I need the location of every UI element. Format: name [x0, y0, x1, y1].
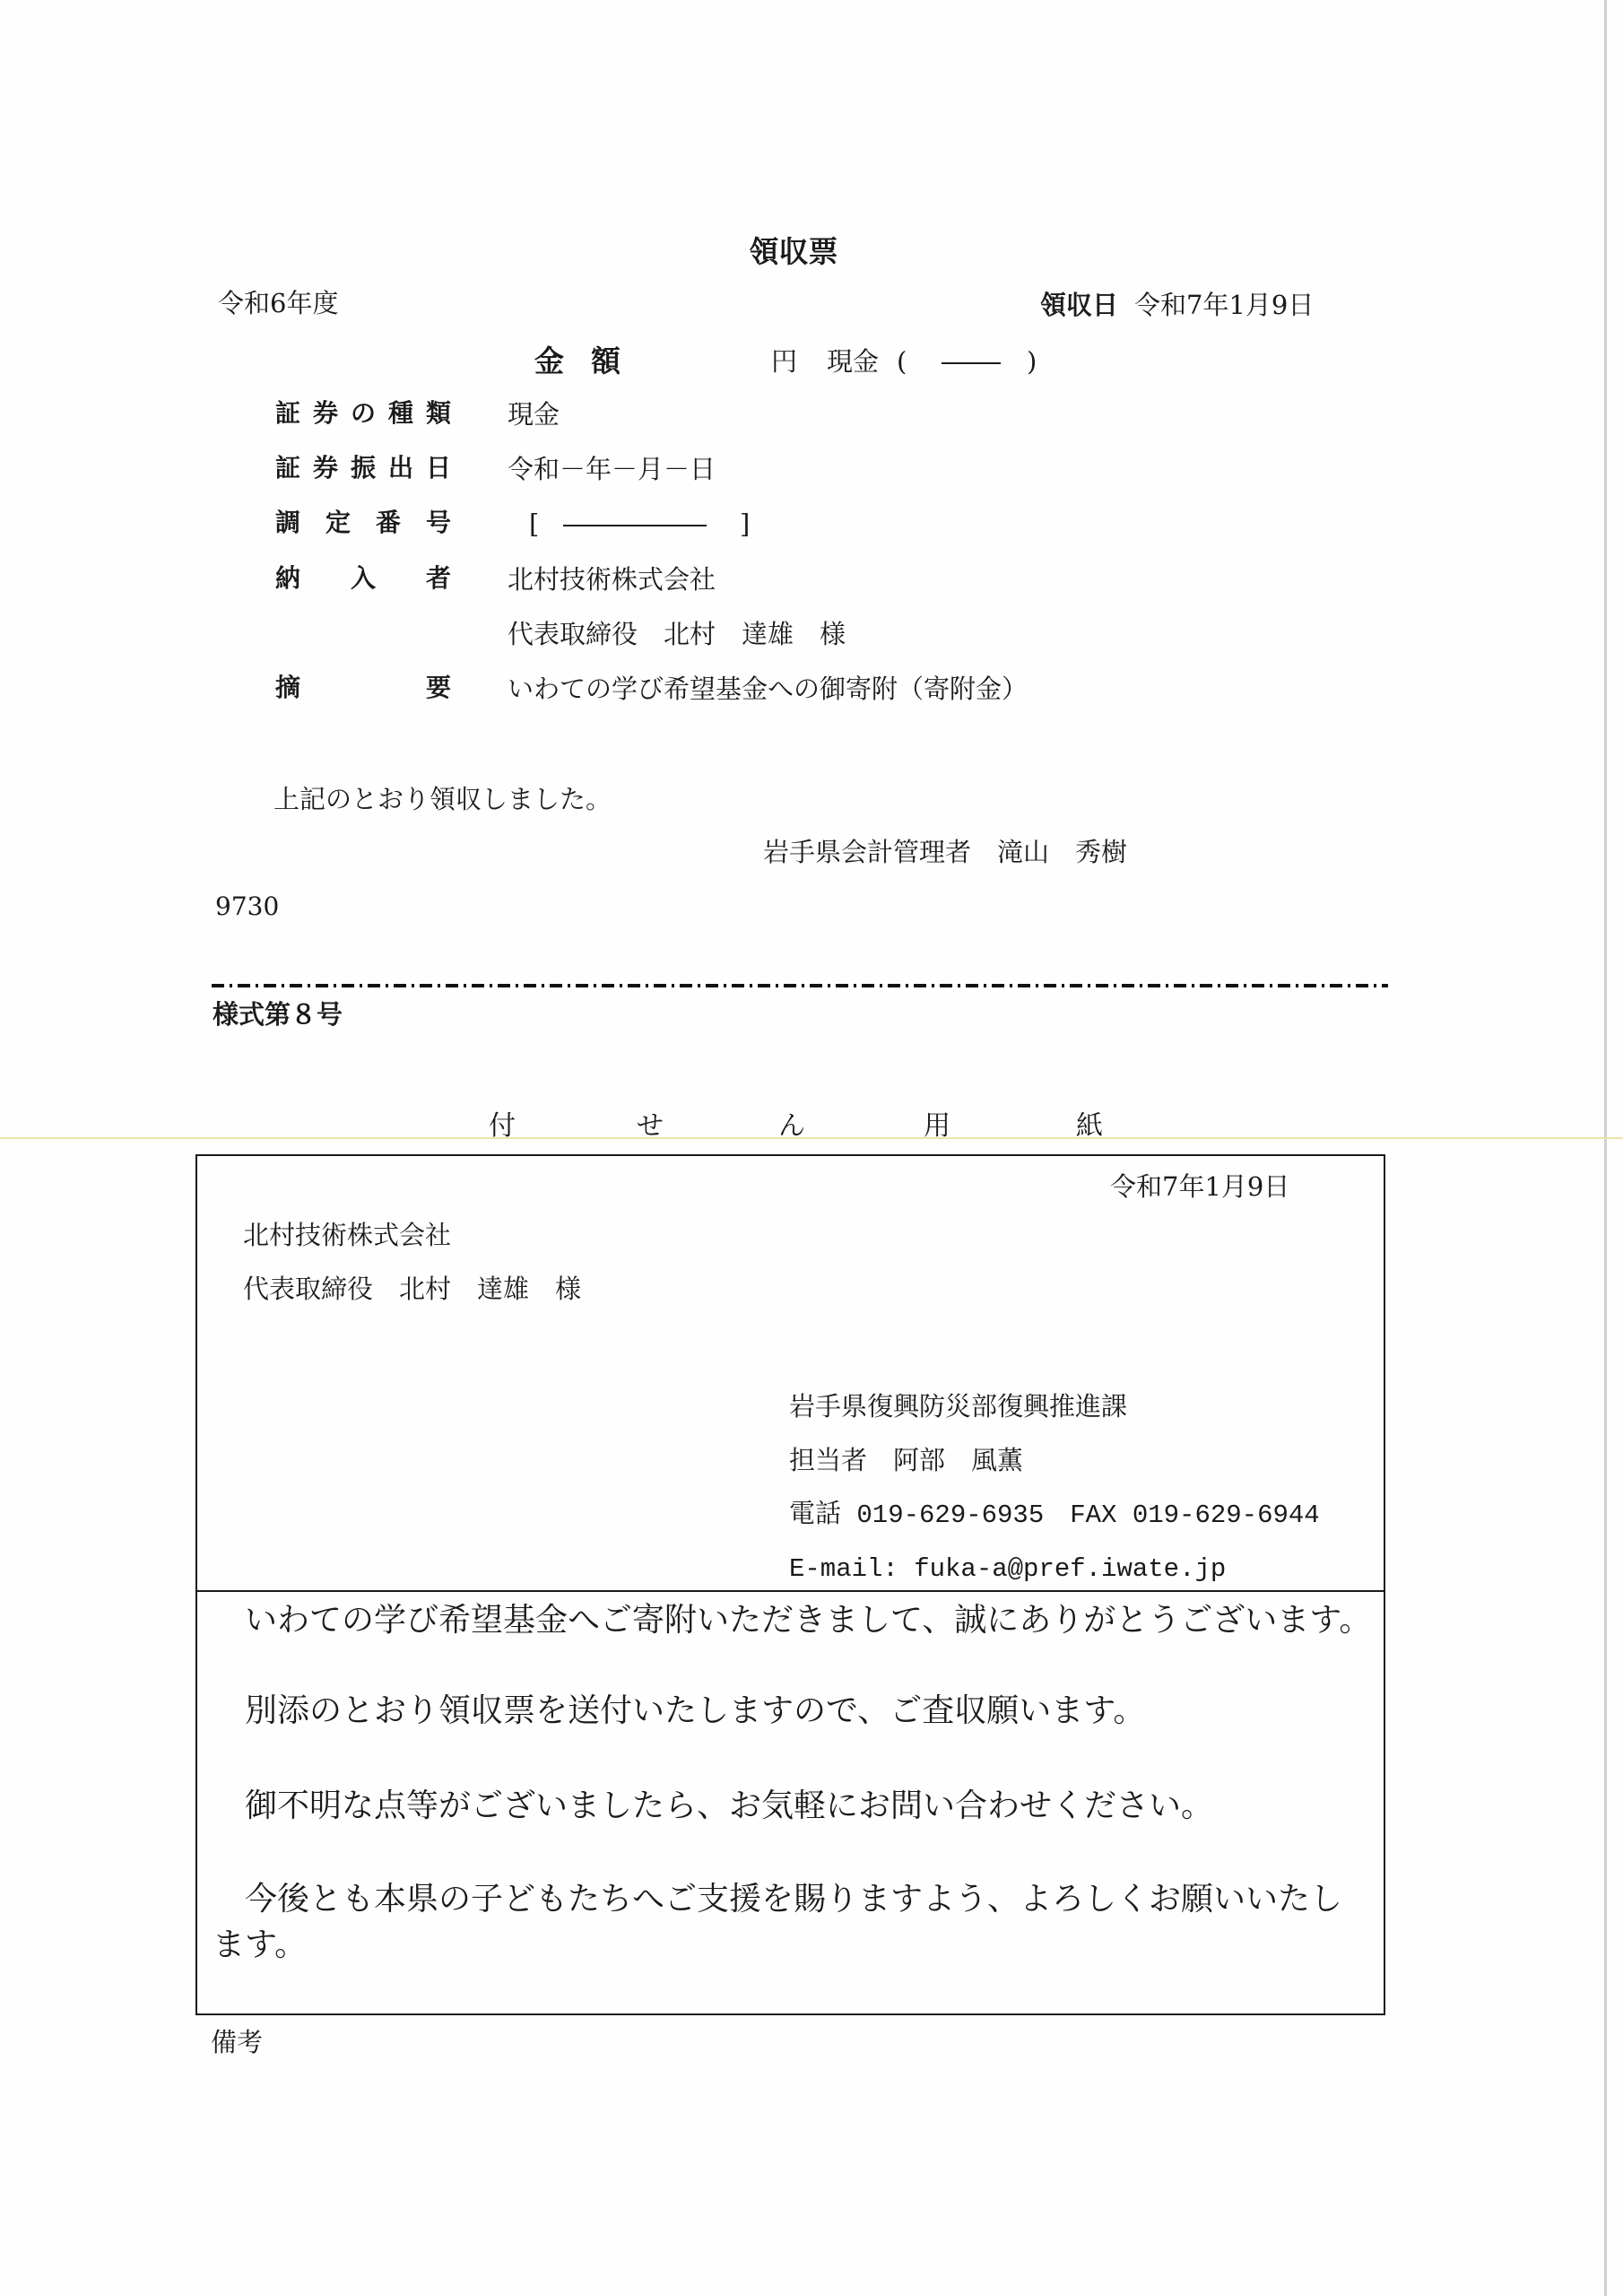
scanner-edge-line [1604, 0, 1607, 2296]
received-date-label: 領収日 [1040, 292, 1118, 318]
label-char: 者 [426, 566, 451, 591]
note-paragraph: 別添のとおり領収票を送付いたしますので、ご査収願います。 [213, 1695, 1145, 1727]
value-issue-date: 令和－年－月－日 [508, 457, 716, 483]
label-char: 出 [388, 456, 413, 481]
label-char: 要 [426, 675, 451, 700]
label-char: 券 [313, 401, 338, 426]
sender-department: 岩手県復興防災部復興推進課 [789, 1394, 1127, 1420]
blank-dash [942, 362, 1001, 364]
label-char: 振 [351, 456, 376, 481]
note-title-char: 用 [924, 1113, 950, 1140]
label-char: 証 [275, 401, 300, 426]
note-title-char: せ [637, 1113, 664, 1140]
label-char: 調 [275, 510, 300, 535]
note-recipient-person: 代表取締役 北村 達雄 様 [243, 1276, 581, 1302]
label-char: 類 [426, 401, 451, 426]
paren-open: ( [897, 349, 907, 375]
received-date: 令和7年1月9日 [1134, 292, 1314, 318]
value-security-type: 現金 [508, 402, 560, 428]
paren-close: ) [1027, 349, 1037, 375]
receipt-title: 領収票 [0, 237, 1587, 266]
label-char: 日 [426, 456, 451, 481]
value-payer-person: 代表取締役 北村 達雄 様 [508, 622, 846, 648]
label-issue-date: 証 券 振 出 日 [275, 456, 451, 481]
label-char: 券 [313, 456, 338, 481]
remarks-label: 備考 [211, 2030, 263, 2056]
fiscal-year: 令和6年度 [218, 291, 338, 317]
form-number: 様式第８号 [213, 1002, 343, 1028]
note-title-char: 紙 [1076, 1113, 1103, 1140]
label-char: 種 [388, 401, 413, 426]
signer: 岩手県会計管理者 滝山 秀樹 [763, 839, 1127, 865]
label-char: 番 [376, 510, 401, 535]
sender-staff: 担当者 阿部 風薫 [789, 1448, 1023, 1474]
label-summary: 摘 要 [275, 675, 451, 700]
label-char: 入 [351, 566, 376, 591]
note-paragraph: 今後とも本県の子どもたちへご支援を賜りますよう、よろしくお願いいたし [213, 1883, 1342, 1916]
label-char: 証 [275, 456, 300, 481]
note-paragraph: いわての学び希望基金へご寄附いただきまして、誠にありがとうございます。 [213, 1605, 1371, 1637]
bracket-close: ] [740, 511, 750, 537]
note-paragraph: ます。 [213, 1929, 307, 1961]
acknowledgement-text: 上記のとおり領収しました。 [273, 787, 612, 813]
label-char: の [351, 401, 376, 426]
label-security-type: 証 券 の 種 類 [275, 401, 451, 426]
value-summary: いわての学び希望基金への御寄附（寄附金） [508, 676, 1028, 702]
serial-number: 9730 [215, 894, 279, 919]
label-char: 号 [426, 510, 451, 535]
label-assessment-number: 調 定 番 号 [275, 510, 451, 535]
payment-method: 現金 [827, 349, 879, 375]
label-char: 摘 [275, 675, 300, 700]
sender-tel-fax: 電話 019-629-6935 FAX 019-629-6944 [789, 1502, 1320, 1528]
note-title-char: 付 [489, 1113, 516, 1140]
cut-line [212, 984, 1388, 987]
note-paragraph: 御不明な点等がございましたら、お気軽にお問い合わせください。 [213, 1790, 1213, 1822]
note-recipient-company: 北村技術株式会社 [243, 1222, 451, 1248]
fold-line [0, 1137, 1623, 1139]
value-payer-company: 北村技術株式会社 [508, 567, 716, 593]
amount-label: 金額 [534, 346, 647, 376]
bracket-open: [ [529, 511, 539, 537]
note-title-char: ん [778, 1113, 805, 1140]
blank-line [563, 525, 707, 526]
label-payer: 納 入 者 [275, 566, 451, 591]
note-date: 令和7年1月9日 [1110, 1174, 1289, 1200]
amount-unit: 円 [771, 349, 797, 375]
label-char: 定 [325, 510, 351, 535]
sender-email: E-mail: fuka-a@pref.iwate.jp [789, 1556, 1226, 1582]
label-char: 納 [275, 566, 300, 591]
note-divider [197, 1590, 1384, 1592]
